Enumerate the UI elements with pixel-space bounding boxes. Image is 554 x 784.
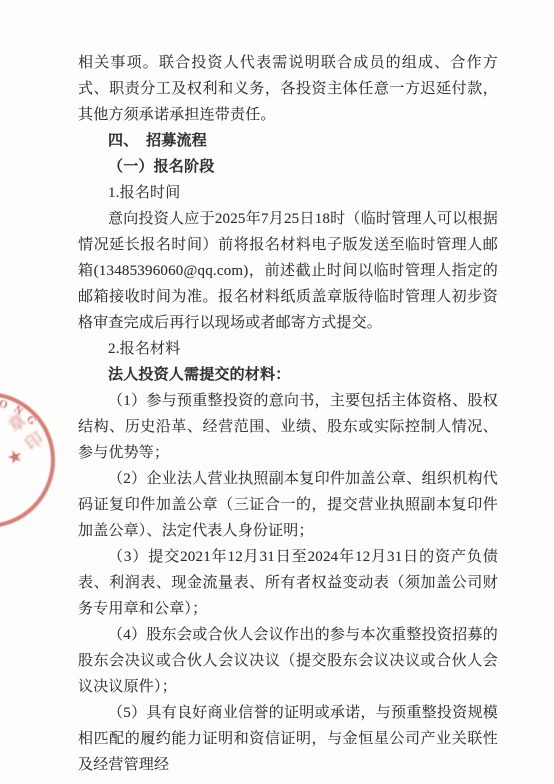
seal-ring <box>0 394 53 526</box>
list-item-3-financial-statements: （3）提交2021年12月31日至2024年12月31日的资产负债表、利润表、现… <box>78 544 498 622</box>
list-item-5-credit-proof: （5）具有良好商业信誉的证明或承诺，与预重整投资规模相匹配的履约能力证明和资信证… <box>78 700 498 778</box>
red-seal-graphic: DONG 章 印 ★ <box>0 385 80 545</box>
list-item-2-business-license: （2）企业法人营业执照副本复印件加盖公章、组织机构代码证复印件加盖公章（三证合一… <box>78 466 498 544</box>
seal-inner-character: 章 <box>4 410 30 436</box>
list-item-1-letter-of-intent: （1）参与预重整投资的意向书，主要包括主体资格、股权结构、历史沿革、经营范围、业… <box>78 388 498 466</box>
document-content: 相关事项。联合投资人代表需说明联合成员的组成、合作方式、职责分工及权利和义务，各… <box>78 50 498 778</box>
paragraph-registration-time-details: 意向投资人应于2025年7月25日18时（临时管理人可以根据情况延长报名时间）前… <box>78 206 498 336</box>
lead-corporate-investor-materials: 法人投资人需提交的材料： <box>78 362 498 388</box>
item-heading-registration-time: 1.报名时间 <box>78 180 498 206</box>
document-page: DONG 章 印 ★ 相关事项。联合投资人代表需说明联合成员的组成、合作方式、职… <box>0 0 554 784</box>
list-item-4-shareholder-resolution: （4）股东会或合伙人会议作出的参与本次重整投资招募的股东会决议或合伙人会议决议（… <box>78 622 498 700</box>
paragraph-body-continuation: 相关事项。联合投资人代表需说明联合成员的组成、合作方式、职责分工及权利和义务，各… <box>78 50 498 128</box>
seal-arc-letters: DONG <box>0 397 43 433</box>
seal-star-icon: ★ <box>4 445 26 469</box>
seal-inner-character: 印 <box>22 429 47 454</box>
red-seal-stamp: DONG 章 印 ★ <box>0 385 80 545</box>
section-heading-recruitment-process: 四、 招募流程 <box>78 128 498 154</box>
item-heading-registration-materials: 2.报名材料 <box>78 336 498 362</box>
sub-heading-registration-stage: （一）报名阶段 <box>78 154 498 180</box>
